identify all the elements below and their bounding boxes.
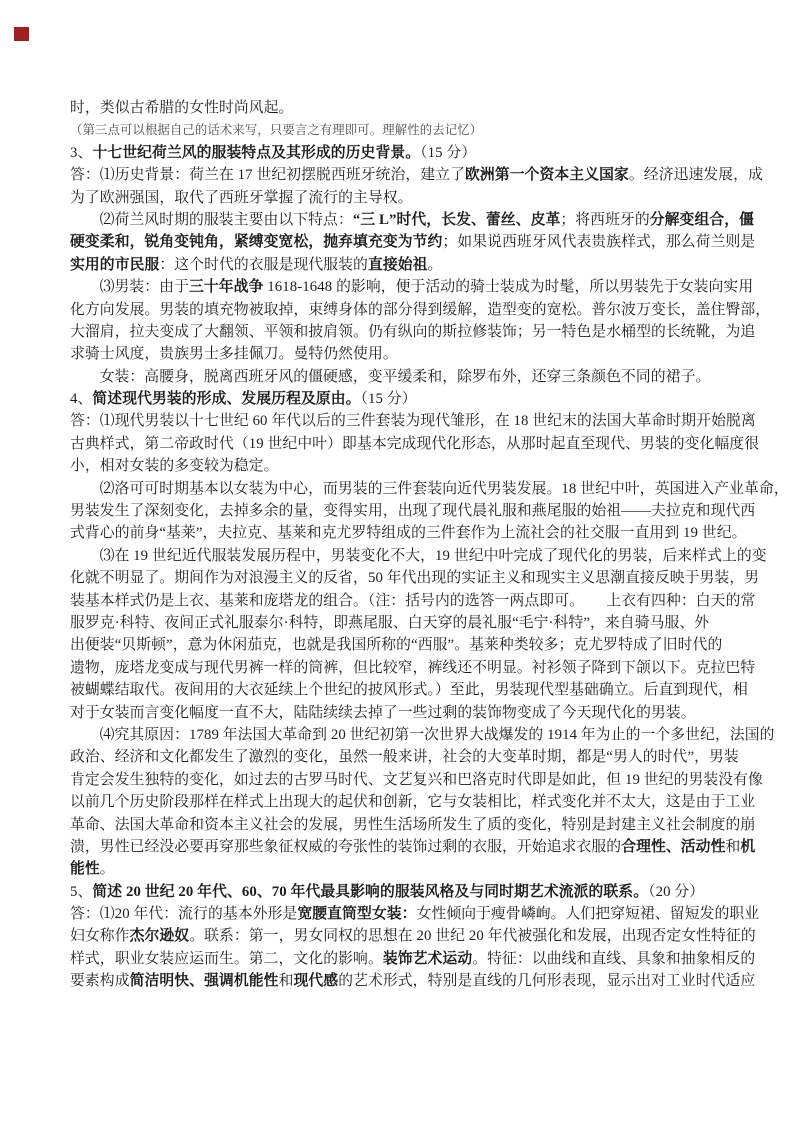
document-page: 时，类似古希腊的女性时尚风起。（第三点可以根据自己的话术来写，只要言之有理即可。… [0, 0, 793, 1122]
text-segment: 样式，职业女装应运而生。第二，文化的影响。 [70, 951, 383, 967]
text-line: 硬变柔和，锐角变钝角，紧缚变宽松，抛弃填充变为节约；如果说西班牙风代表贵族样式，… [70, 231, 730, 253]
text-segment: ⑵洛可可时期基本以女装为中心，而男装的三件套装向近代男装发展。18 世纪中叶，英… [100, 481, 789, 497]
text-line: 化方向发展。男装的填充物被取掉，束缚身体的部分得到缓解，造型变的宽松。普尔波万变… [70, 299, 730, 321]
text-segment: 实用的市民服 [70, 257, 159, 273]
text-line: 小，相对女装的多变较为稳定。 [70, 455, 730, 477]
text-segment: 。 [428, 257, 443, 273]
text-segment: 服罗克·科特、夜间正式礼服泰尔·科特，即燕尾服、白天穿的晨礼服“毛宁·科特”，来… [70, 615, 709, 631]
text-line: ⑵洛可可时期基本以女装为中心，而男装的三件套装向近代男装发展。18 世纪中叶，英… [70, 478, 730, 500]
document-text: 时，类似古希腊的女性时尚风起。（第三点可以根据自己的话术来写，只要言之有理即可。… [70, 97, 730, 993]
text-line: 对于女装而言变化幅度一直不大，陆陆续续去掉了一些过剩的装饰物变成了今天现代化的男… [70, 702, 730, 724]
text-segment: 时，类似古希腊的女性时尚风起。 [70, 100, 293, 116]
text-segment: 被蝴蝶结取代。夜间用的大衣延续上个世纪的披风形式。）至此，男装现代型基础确立。后… [70, 682, 748, 698]
text-segment: 小，相对女装的多变较为稳定。 [70, 458, 279, 474]
text-segment: 装饰艺术运动 [383, 951, 472, 967]
text-line: 出便装“贝斯顿”，意为休闲茄克，也就是我国所称的“西服”。基莱种类较多；克尤罗特… [70, 634, 730, 656]
text-segment: 简述现代男装的形成、发展历程及原由。 [92, 391, 360, 407]
text-line: 古典样式，第二帝政时代（19 世纪中叶）即基本完成现代化形态，从那时起直至现代、… [70, 433, 730, 455]
text-segment: 答：⑴20 年代：流行的基本外形是 [70, 906, 297, 922]
text-segment: （第三点可以根据自己的话术来写，只要言之有理即可。理解性的去记忆） [70, 123, 482, 137]
text-segment: 和 [279, 973, 294, 989]
text-segment: 女装：高腰身，脱离西班牙风的僵硬感，变平缓柔和，除罗布外，还穿三条颜色不同的裙子… [100, 369, 711, 385]
text-line: 肯定会发生独特的变化，如过去的古罗马时代、文艺复兴和巴洛克时代即是如此，但 19… [70, 769, 730, 791]
text-segment: 十七世纪荷兰风的服装特点及其形成的历史背景。 [92, 145, 420, 161]
text-line: 要素构成简洁明快、强调机能性和现代感的艺术形式，特别是直线的几何形表现，显示出对… [70, 970, 730, 992]
text-line: 被蝴蝶结取代。夜间用的大衣延续上个世纪的披风形式。）至此，男装现代型基础确立。后… [70, 679, 730, 701]
text-segment: 为了欧洲强国，取代了西班牙掌握了流行的主导权。 [70, 190, 413, 206]
text-line: ⑶男装：由于三十年战争 1618-1648 的影响，便于活动的骑士装成为时髦，所… [70, 276, 730, 298]
text-segment: 肯定会发生独特的变化，如过去的古罗马时代、文艺复兴和巴洛克时代即是如此，但 19… [70, 772, 763, 788]
text-segment: 要素构成 [70, 973, 130, 989]
text-segment: 和 [725, 839, 740, 855]
text-line: 妇女称作杰尔逊奴。联系：第一，男女同权的思想在 20 世纪 20 年代被强化和发… [70, 925, 730, 947]
text-line: 遗物，庞塔龙变成与现代男裤一样的筒裤，但比较窄，裤线还不明显。衬衫领子降到下颌以… [70, 657, 730, 679]
text-line: 样式，职业女装应运而生。第二，文化的影响。装饰艺术运动。特征：以曲线和直线、具象… [70, 948, 730, 970]
text-line: 求骑士风度，贵族男士多挂佩刀。曼特仍然使用。 [70, 343, 730, 365]
text-segment: 分解变组合，僵 [650, 212, 754, 228]
text-segment: 遗物，庞塔龙变成与现代男裤一样的筒裤，但比较窄，裤线还不明显。衬衫领子降到下颌以… [70, 660, 755, 676]
text-line: 女装：高腰身，脱离西班牙风的僵硬感，变平缓柔和，除罗布外，还穿三条颜色不同的裙子… [70, 366, 730, 388]
text-segment: 妇女称作 [70, 928, 130, 944]
text-segment: 合理性、活动性 [621, 839, 725, 855]
text-segment: 现代感 [293, 973, 338, 989]
text-segment: ⑶男装：由于 [100, 279, 189, 295]
text-segment: 4、 [70, 391, 92, 407]
text-segment: （15 分） [361, 391, 417, 407]
text-segment: 简洁明快、强调机能性 [130, 973, 279, 989]
text-segment: 。特征：以曲线和直线、具象和抽象相反的 [472, 951, 755, 967]
question-heading: 4、简述现代男装的形成、发展历程及原由。（15 分） [70, 388, 730, 410]
text-segment: “三 L”时代，长发、蕾丝、皮革 [353, 212, 561, 228]
text-segment: 装基本样式仍是上衣、基莱和庞塔龙的组合。（注：括号内的选答一两点即可。 上衣有四… [70, 593, 755, 609]
question-heading: 3、十七世纪荷兰风的服装特点及其形成的历史背景。（15 分） [70, 142, 730, 164]
text-line: 能性。 [70, 858, 730, 880]
text-segment: 式背心的前身“基莱”，夫拉克、基莱和克尤罗特组成的三件套作为上流社会的社交服一直… [70, 525, 747, 541]
text-line: 大溜肩，拉夫变成了大翻领、平领和披肩领。仍有纵向的斯拉修装饰；另一特色是水桶型的… [70, 321, 730, 343]
text-line: 男装发生了深刻变化，去掉多余的量，变得实用，出现了现代晨礼服和燕尾服的始祖——夫… [70, 500, 730, 522]
text-segment: 三十年战争 [189, 279, 264, 295]
text-line: ⑶在 19 世纪近代服装发展历程中，男装变化不大，19 世纪中叶完成了现代化的男… [70, 545, 730, 567]
text-line: 装基本样式仍是上衣、基莱和庞塔龙的组合。（注：括号内的选答一两点即可。 上衣有四… [70, 590, 730, 612]
text-segment: ；如果说西班牙风代表贵族样式，那么荷兰则是 [442, 234, 755, 250]
text-line: 以前几个历史阶段那样在样式上出现大的起伏和创新，它与女装相比，样式变化并不太大，… [70, 791, 730, 813]
text-segment: 3、 [70, 145, 92, 161]
text-line: 时，类似古希腊的女性时尚风起。 [70, 97, 730, 119]
text-line: 实用的市民服：这个时代的衣服是现代服装的直接始祖。 [70, 254, 730, 276]
text-segment: ⑵荷兰风时期的服装主要由以下特点： [100, 212, 353, 228]
text-segment: 宽腰直筒型女装： [297, 906, 416, 922]
text-segment: 政治、经济和文化都发生了激烈的变化，虽然一般来讲，社会的大变革时期，都是“男人的… [70, 749, 739, 765]
text-segment: 化方向发展。男装的填充物被取掉，束缚身体的部分得到缓解，造型变的宽松。普尔波万变… [70, 302, 770, 318]
text-segment: ⑶在 19 世纪近代服装发展历程中，男装变化不大，19 世纪中叶完成了现代化的男… [100, 548, 767, 564]
question-heading: 5、简述 20 世纪 20 年代、60、70 年代最具影响的服装风格及与同时期艺… [70, 881, 730, 903]
text-segment: 对于女装而言变化幅度一直不大，陆陆续续去掉了一些过剩的装饰物变成了今天现代化的男… [70, 705, 696, 721]
text-segment: 溃，男性已经没必要再穿那些象征权威的夸张性的装饰过剩的衣服，开始追求衣服的 [70, 839, 621, 855]
text-line: ⑷究其原因：1789 年法国大革命到 20 世纪初第一次世界大战爆发的 1914… [70, 724, 730, 746]
text-line: 化就不明显了。期间作为对浪漫主义的反省，50 年代出现的实证主义和现实主义思潮直… [70, 567, 730, 589]
text-segment: 欧洲第一个资本主义国家 [465, 167, 629, 183]
text-segment: ⑷究其原因：1789 年法国大革命到 20 世纪初第一次世界大战爆发的 1914… [100, 727, 775, 743]
text-segment: （15 分） [420, 145, 476, 161]
text-segment: 男装发生了深刻变化，去掉多余的量，变得实用，出现了现代晨礼服和燕尾服的始祖——夫… [70, 503, 755, 519]
text-segment: 以前几个历史阶段那样在样式上出现大的起伏和创新，它与女装相比，样式变化并不太大，… [70, 794, 755, 810]
text-segment: （20 分） [648, 884, 704, 900]
text-segment: ：这个时代的衣服是现代服装的 [159, 257, 368, 273]
text-segment: 大溜肩，拉夫变成了大翻领、平领和披肩领。仍有纵向的斯拉修装饰；另一特色是水桶型的… [70, 324, 755, 340]
text-segment: 答：⑴历史背景：荷兰在 17 世纪初摆脱西班牙统治，建立了 [70, 167, 465, 183]
text-segment: 机 [740, 839, 755, 855]
text-segment: 古典样式，第二帝政时代（19 世纪中叶）即基本完成现代化形态，从那时起直至现代、… [70, 436, 759, 452]
text-segment: 。经济迅速发展，成 [629, 167, 763, 183]
text-line: ⑵荷兰风时期的服装主要由以下特点：“三 L”时代，长发、蕾丝、皮革；将西班牙的分… [70, 209, 730, 231]
text-segment: 1618-1648 的影响，便于活动的骑士装成为时髦，所以男装先于女装向实用 [263, 279, 753, 295]
text-segment: 的艺术形式，特别是直线的几何形表现，显示出对工业时代适应 [338, 973, 755, 989]
text-segment: 。联系：第一，男女同权的思想在 20 世纪 20 年代被强化和发展，出现否定女性… [189, 928, 756, 944]
text-segment: 化就不明显了。期间作为对浪漫主义的反省，50 年代出现的实证主义和现实主义思潮直… [70, 570, 759, 586]
note-line: （第三点可以根据自己的话术来写，只要言之有理即可。理解性的去记忆） [70, 119, 730, 141]
text-segment: 5、 [70, 884, 92, 900]
text-line: 答：⑴历史背景：荷兰在 17 世纪初摆脱西班牙统治，建立了欧洲第一个资本主义国家… [70, 164, 730, 186]
text-segment: 硬变柔和，锐角变钝角，紧缚变宽松，抛弃填充变为节约 [70, 234, 442, 250]
text-segment: 出便装“贝斯顿”，意为休闲茄克，也就是我国所称的“西服”。基莱种类较多；克尤罗特… [70, 637, 722, 653]
text-segment: 能性 [70, 861, 100, 877]
text-line: 革命、法国大革命和资本主义社会的发展，男性生活场所发生了质的变化，特别是封建主义… [70, 814, 730, 836]
text-line: 为了欧洲强国，取代了西班牙掌握了流行的主导权。 [70, 187, 730, 209]
text-segment: 简述 20 世纪 20 年代、60、70 年代最具影响的服装风格及与同时期艺术流… [92, 884, 648, 900]
text-line: 服罗克·科特、夜间正式礼服泰尔·科特，即燕尾服、白天穿的晨礼服“毛宁·科特”，来… [70, 612, 730, 634]
text-line: 答：⑴20 年代：流行的基本外形是宽腰直筒型女装：女性倾向于瘦骨嶙峋。人们把穿短… [70, 903, 730, 925]
text-line: 式背心的前身“基莱”，夫拉克、基莱和克尤罗特组成的三件套作为上流社会的社交服一直… [70, 522, 730, 544]
text-line: 政治、经济和文化都发生了激烈的变化，虽然一般来讲，社会的大变革时期，都是“男人的… [70, 746, 730, 768]
text-segment: 答：⑴现代男装以十七世纪 60 年代以后的三件套装为现代雏形，在 18 世纪末的… [70, 413, 756, 429]
corner-marker-icon [14, 27, 29, 41]
text-line: 答：⑴现代男装以十七世纪 60 年代以后的三件套装为现代雏形，在 18 世纪末的… [70, 410, 730, 432]
text-segment: 杰尔逊奴 [130, 928, 190, 944]
text-line: 溃，男性已经没必要再穿那些象征权威的夸张性的装饰过剩的衣服，开始追求衣服的合理性… [70, 836, 730, 858]
text-segment: 。 [100, 861, 115, 877]
text-segment: 革命、法国大革命和资本主义社会的发展，男性生活场所发生了质的变化，特别是封建主义… [70, 817, 755, 833]
text-segment: 求骑士风度，贵族男士多挂佩刀。曼特仍然使用。 [70, 346, 398, 362]
text-segment: ；将西班牙的 [560, 212, 649, 228]
text-segment: 直接始祖 [368, 257, 428, 273]
text-segment: 女性倾向于瘦骨嶙峋。人们把穿短裙、留短发的职业 [417, 906, 760, 922]
